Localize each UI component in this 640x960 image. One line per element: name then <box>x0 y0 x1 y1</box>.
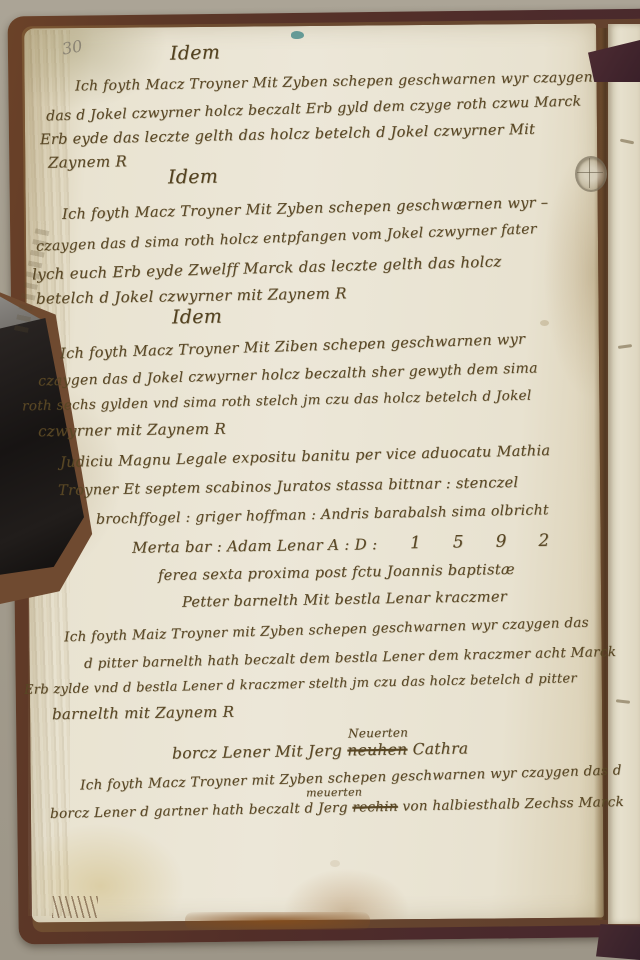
manuscript-line: Zaynem R <box>48 152 127 171</box>
teal-paint-speck <box>291 31 304 39</box>
fox-spot <box>330 860 340 867</box>
embossed-seal-icon <box>575 156 607 192</box>
leather-corner-tab-bottom-right <box>596 924 640 960</box>
manuscript-line: barnelth mit Zaynem R <box>52 703 235 724</box>
manuscript-line: czwyrner mit Zaynem R <box>38 420 226 441</box>
facing-page-edge <box>608 24 640 924</box>
bottom-stain <box>185 912 370 930</box>
date-line: Merta bar : Adam Lenar A : D : <box>132 535 378 556</box>
section-heading-idem: Idem <box>168 166 219 189</box>
manuscript-photo: 30 Idem Ich foyth Macz Troyner Mit Zyben… <box>0 0 640 960</box>
struck-word: neuhen <box>347 740 407 759</box>
frayed-binding-threads <box>52 896 98 918</box>
record-heading-pre: borcz Lener Mit Jerg <box>172 742 348 763</box>
year-1592: 1 5 9 2 <box>410 531 550 553</box>
folio-number: 30 <box>61 36 84 58</box>
inserted-word-neuerten: Neuerten <box>348 725 408 740</box>
fox-spot <box>540 320 549 326</box>
struck-word: rechin <box>352 799 398 816</box>
section-heading-idem: Idem <box>172 306 223 329</box>
record-heading-post: Cathra <box>407 739 468 758</box>
section-heading-idem: Idem <box>170 41 221 64</box>
inserted-word-meuerten: meuerten <box>306 786 362 800</box>
